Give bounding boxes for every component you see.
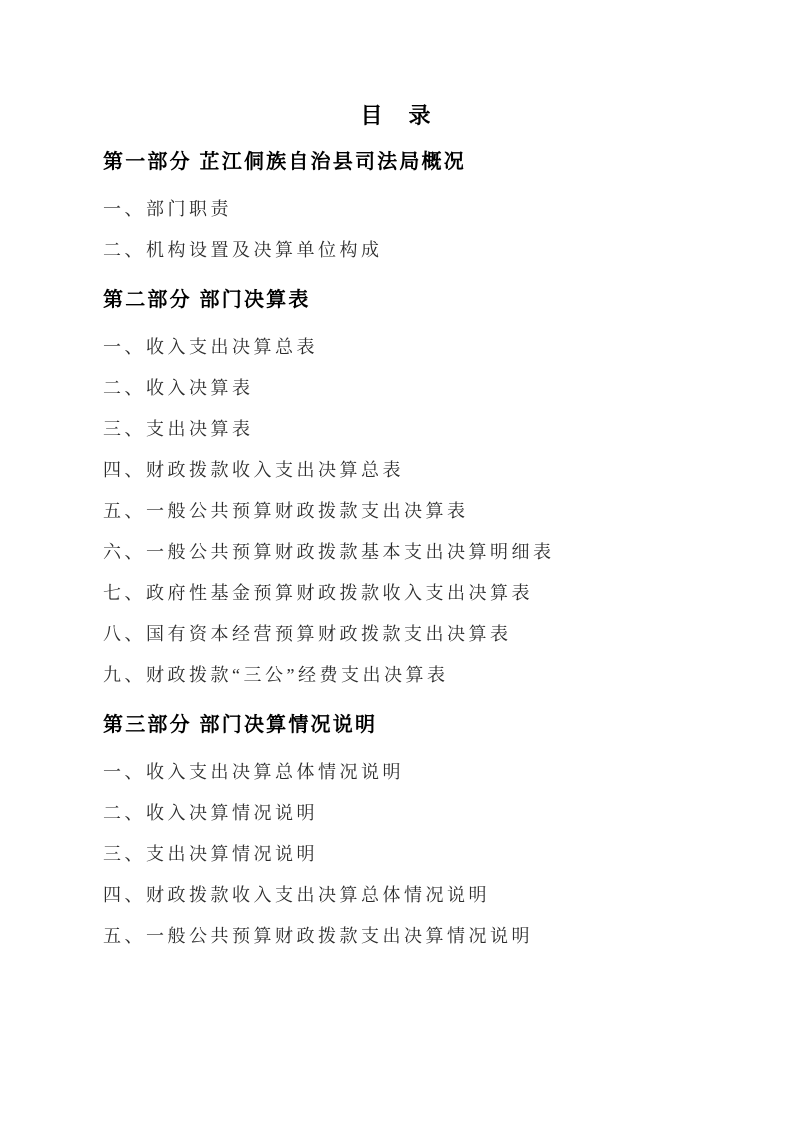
toc-item: 五、一般公共预算财政拨款支出决算表 (103, 491, 753, 532)
toc-item: 五、一般公共预算财政拨款支出决算情况说明 (103, 916, 753, 957)
section-heading-part-2: 第二部分 部门决算表 (103, 285, 753, 315)
toc-item: 三、支出决算表 (103, 409, 753, 450)
section-part-3: 第三部分 部门决算情况说明 一、收入支出决算总体情况说明二、收入决算情况说明三、… (103, 710, 753, 957)
toc-page: 目 录 第一部分 芷江侗族自治县司法局概况 一、部门职责二、机构设置及决算单位构… (0, 0, 793, 1122)
toc-item: 九、财政拨款“三公”经费支出决算表 (103, 655, 753, 696)
toc-item: 二、收入决算情况说明 (103, 793, 753, 834)
toc-list-part-2: 一、收入支出决算总表二、收入决算表三、支出决算表四、财政拨款收入支出决算总表五、… (103, 327, 753, 696)
toc-item: 六、一般公共预算财政拨款基本支出决算明细表 (103, 532, 753, 573)
toc-item: 一、收入支出决算总表 (103, 327, 753, 368)
toc-item: 一、部门职责 (103, 189, 753, 230)
section-heading-part-3: 第三部分 部门决算情况说明 (103, 710, 753, 740)
toc-item: 七、政府性基金预算财政拨款收入支出决算表 (103, 573, 753, 614)
toc-list-part-1: 一、部门职责二、机构设置及决算单位构成 (103, 189, 753, 271)
section-heading-part-1: 第一部分 芷江侗族自治县司法局概况 (103, 147, 753, 177)
section-part-1: 第一部分 芷江侗族自治县司法局概况 一、部门职责二、机构设置及决算单位构成 (103, 147, 753, 271)
toc-item: 三、支出决算情况说明 (103, 834, 753, 875)
toc-item: 四、财政拨款收入支出决算总表 (103, 450, 753, 491)
toc-item: 二、收入决算表 (103, 368, 753, 409)
toc-list-part-3: 一、收入支出决算总体情况说明二、收入决算情况说明三、支出决算情况说明四、财政拨款… (103, 752, 753, 957)
toc-item: 四、财政拨款收入支出决算总体情况说明 (103, 875, 753, 916)
toc-item: 一、收入支出决算总体情况说明 (103, 752, 753, 793)
toc-item: 八、国有资本经营预算财政拨款支出决算表 (103, 614, 753, 655)
section-part-2: 第二部分 部门决算表 一、收入支出决算总表二、收入决算表三、支出决算表四、财政拨… (103, 285, 753, 696)
page-title: 目 录 (0, 0, 793, 133)
toc-item: 二、机构设置及决算单位构成 (103, 230, 753, 271)
